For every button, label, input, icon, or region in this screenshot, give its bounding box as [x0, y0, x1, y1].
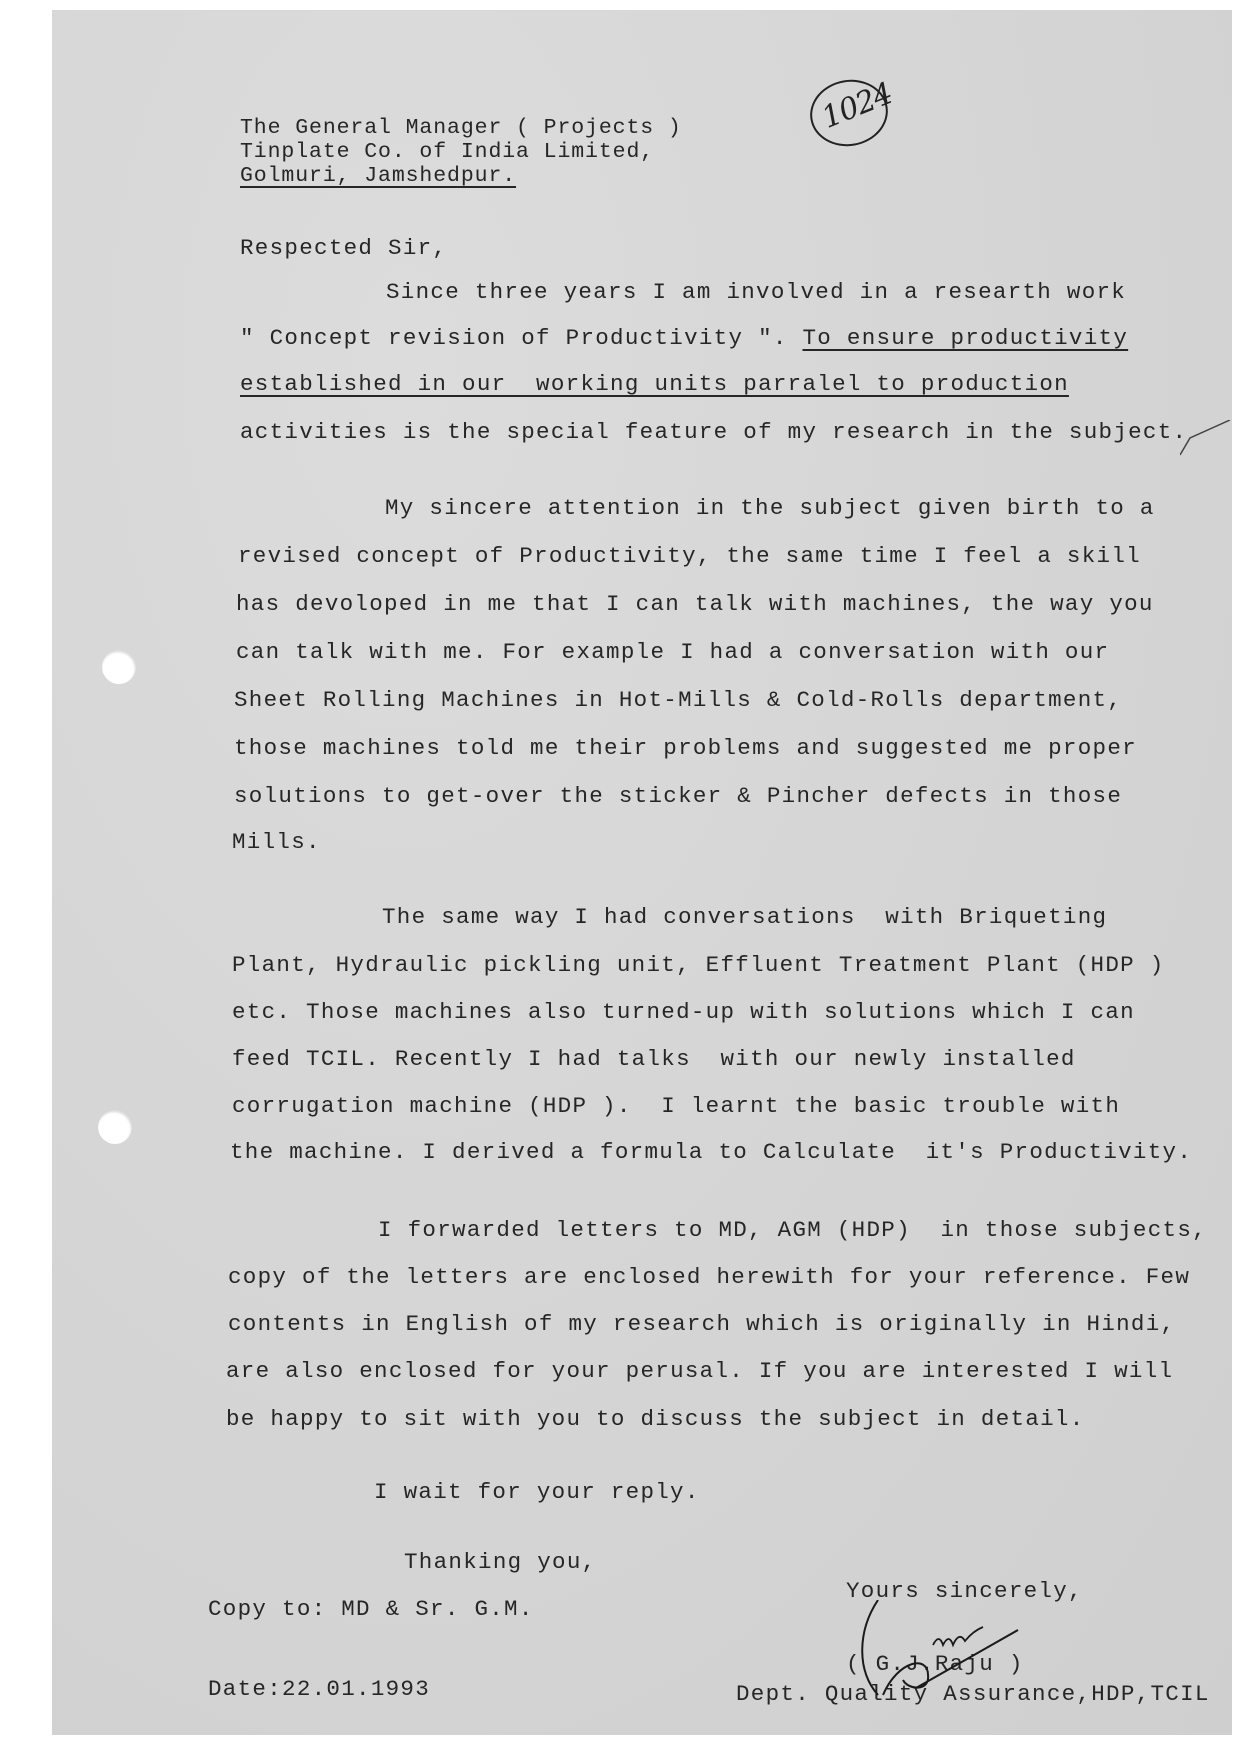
- para2-line8: Mills.: [232, 828, 321, 856]
- para3-line5: corrugation machine (HDP ). I learnt the…: [232, 1092, 1120, 1120]
- para3-line6: the machine. I derived a formula to Calc…: [230, 1138, 1192, 1166]
- recipient-line-2: Tinplate Co. of India Limited,: [240, 140, 654, 164]
- handwritten-signature-icon: [858, 1600, 1088, 1710]
- para2-line3: has devoloped in me that I can talk with…: [236, 590, 1154, 618]
- para3-line4: feed TCIL. Recently I had talks with our…: [232, 1045, 1076, 1073]
- para3-line1: The same way I had conversations with Br…: [382, 903, 1107, 931]
- para2-line6: those machines told me their problems an…: [234, 734, 1137, 762]
- para2-line7: solutions to get-over the sticker & Pinc…: [234, 782, 1122, 810]
- para4-line2: copy of the letters are enclosed herewit…: [228, 1263, 1190, 1291]
- salutation: Respected Sir,: [240, 234, 447, 262]
- recipient-line-1: The General Manager ( Projects ): [240, 116, 682, 140]
- para3-line3: etc. Those machines also turned-up with …: [232, 998, 1135, 1026]
- recipient-line-3: Golmuri, Jamshedpur.: [240, 164, 516, 188]
- para4-line5: be happy to sit with you to discuss the …: [226, 1405, 1085, 1433]
- para1-line1: Since three years I am involved in a res…: [386, 278, 1126, 306]
- para4-line1: I forwarded letters to MD, AGM (HDP) in …: [378, 1216, 1207, 1244]
- para1-line2: " Concept revision of Productivity ". To…: [240, 324, 1128, 352]
- copy-to-line: Copy to: MD & Sr. G.M.: [208, 1595, 534, 1623]
- date-line: Date:22.01.1993: [208, 1675, 430, 1703]
- punch-hole-lower: [98, 1110, 132, 1144]
- punch-hole-upper: [102, 650, 136, 684]
- para4-line3: contents in English of my research which…: [228, 1310, 1175, 1338]
- para3-line2: Plant, Hydraulic pickling unit, Effluent…: [232, 951, 1165, 979]
- closing-wait-line: I wait for your reply.: [374, 1478, 700, 1506]
- margin-tick-mark-icon: [1180, 420, 1232, 460]
- para2-line5: Sheet Rolling Machines in Hot-Mills & Co…: [234, 686, 1122, 714]
- thanking-line: Thanking you,: [404, 1548, 596, 1576]
- scanned-letter-page: [52, 10, 1232, 1735]
- para1-line3-underlined: established in our working units parrale…: [240, 370, 1069, 398]
- para1-line4: activities is the special feature of my …: [240, 418, 1187, 446]
- para2-line4: can talk with me. For example I had a co…: [236, 638, 1109, 666]
- para2-line2: revised concept of Productivity, the sam…: [238, 542, 1141, 570]
- para1-underlined-phrase-a: To ensure productivity: [802, 325, 1128, 351]
- para4-line4: are also enclosed for your perusal. If y…: [226, 1357, 1173, 1385]
- para2-line1: My sincere attention in the subject give…: [385, 494, 1155, 522]
- para1-line2-text: " Concept revision of Productivity ".: [240, 325, 802, 351]
